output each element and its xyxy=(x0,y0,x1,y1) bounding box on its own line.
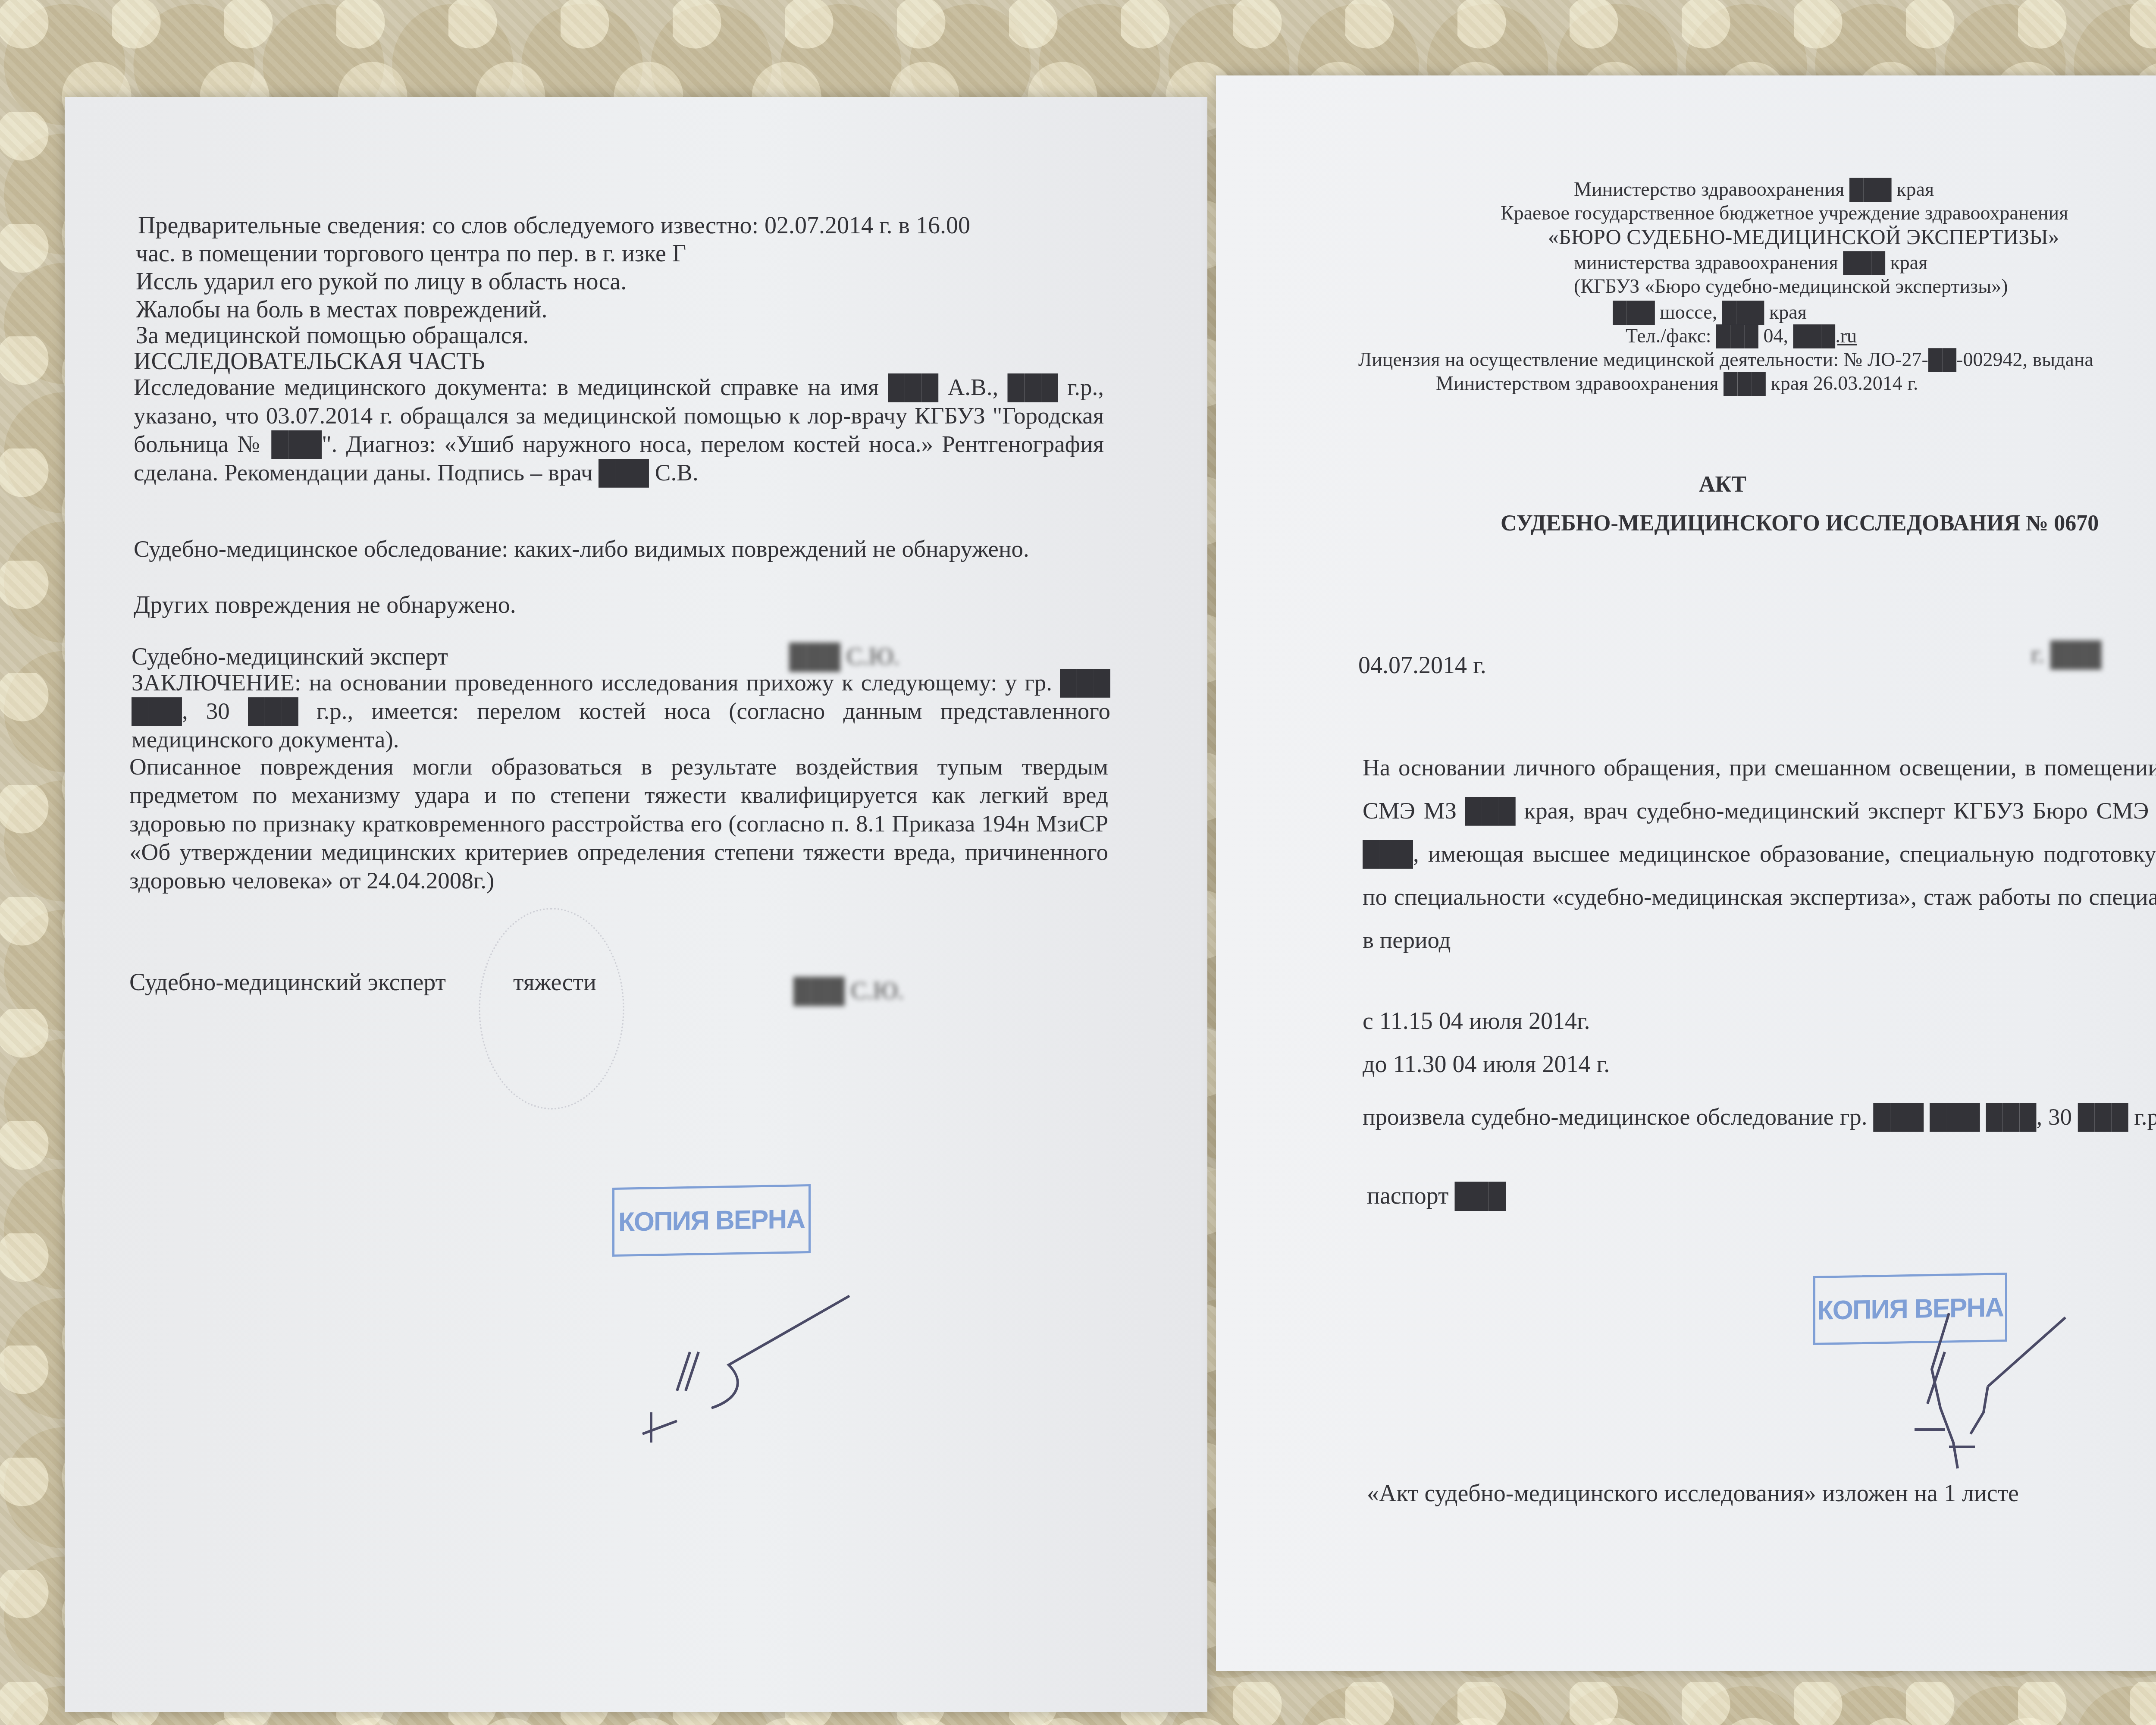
left-page-document: Предварительные сведения: со слов обслед… xyxy=(65,97,1207,1712)
header-short-name: (КГБУЗ «Бюро судебно-медицинской эксперт… xyxy=(1574,274,2008,299)
act-place: г. ███ xyxy=(2031,640,2102,669)
header-email-link[interactable]: ███.ru xyxy=(1793,325,1857,347)
other-injuries-text: Других повреждения не обнаружено. xyxy=(134,591,516,619)
expert-name-2: ███ С.Ю. xyxy=(793,977,904,1005)
period-from: с 11.15 04 июля 2014г. xyxy=(1363,1007,1590,1035)
header-license: Лицензия на осуществление медицинской де… xyxy=(1358,347,2093,372)
act-body-text: На основании личного обращения, при смеш… xyxy=(1363,746,2156,962)
header-bureau-name: «БЮРО СУДЕБНО-МЕДИЦИНСКОЙ ЭКСПЕРТИЗЫ» xyxy=(1548,224,2059,249)
preliminary-line-2: час. в помещении торгового центра по пер… xyxy=(136,239,686,268)
header-ministry: Министерство здравоохранения ███ края xyxy=(1574,177,1934,202)
expert-name-1: ███ С.Ю. xyxy=(789,643,899,671)
act-date: 04.07.2014 г. xyxy=(1358,651,1486,680)
right-page-act-document: Министерство здравоохранения ███ края Кр… xyxy=(1216,75,2156,1671)
act-title: АКТ xyxy=(1699,472,1746,497)
expert-label-2: Судебно-медицинский эксперт xyxy=(129,968,446,997)
passport-line: паспорт ███ xyxy=(1367,1182,1506,1210)
act-subtitle: СУДЕБНО-МЕДИЦИНСКОГО ИССЛЕДОВАНИЯ № 0670 xyxy=(1501,511,2099,536)
preliminary-line-1: Предварительные сведения: со слов обслед… xyxy=(138,211,970,240)
act-body-text-2: произвела судебно-медицинское обследован… xyxy=(1363,1095,2156,1138)
header-contacts: Тел./факс: ███ 04, ███.ru xyxy=(1626,323,1857,348)
research-heading: ИССЛЕДОВАТЕЛЬСКАЯ ЧАСТЬ xyxy=(134,347,485,376)
conclusion-text-2: Описанное повреждения могли образоваться… xyxy=(129,753,1108,895)
exam-text: Судебно-медицинское обследование: каких-… xyxy=(134,535,1104,563)
act-footer-note: «Акт судебно-медицинского исследования» … xyxy=(1367,1479,2019,1508)
header-license-issuer: Министерством здравоохранения ███ края 2… xyxy=(1436,371,1918,396)
header-phone: Тел./факс: ███ 04, xyxy=(1626,325,1788,347)
preliminary-line-3: Иссль ударил его рукой по лицу в область… xyxy=(136,267,627,296)
period-to: до 11.30 04 июля 2014 г. xyxy=(1363,1050,1610,1079)
preliminary-line-4: Жалобы на боль в местах повреждений. xyxy=(136,295,547,324)
header-institution: Краевое государственное бюджетное учрежд… xyxy=(1501,201,2068,226)
conclusion-text: ЗАКЛЮЧЕНИЕ: на основании проведенного ис… xyxy=(132,668,1110,754)
preliminary-line-5: За медицинской помощью обращался. xyxy=(136,321,529,350)
round-seal xyxy=(479,908,624,1110)
header-ministry-2: министерства здравоохранения ███ края xyxy=(1574,250,1927,275)
expert-label-1: Судебно-медицинский эксперт xyxy=(132,643,448,671)
header-address: ███ шоссе, ███ края xyxy=(1613,300,1807,325)
research-text: Исследование медицинского документа: в м… xyxy=(134,373,1104,487)
signature-icon xyxy=(625,1210,867,1451)
